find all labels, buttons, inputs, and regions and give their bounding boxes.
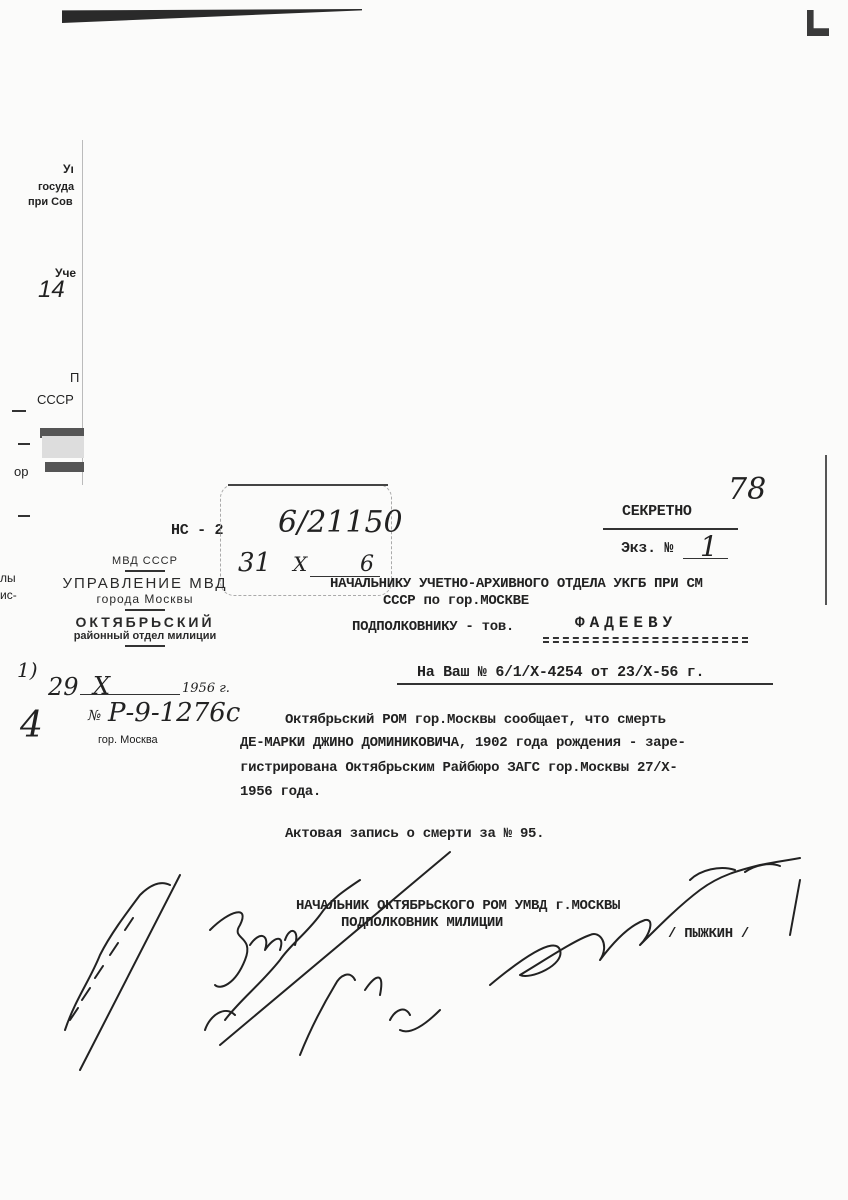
scribble-left (65, 883, 170, 1030)
handwritten-annotations (0, 0, 848, 1200)
signature-main (490, 858, 800, 985)
scribble-graidin (205, 880, 360, 1030)
signature-tick (790, 880, 800, 935)
scribble-zap (210, 912, 247, 986)
scribble-812 (300, 975, 440, 1055)
diagonal-strike (220, 852, 450, 1045)
diagonal-strike (80, 875, 180, 1070)
